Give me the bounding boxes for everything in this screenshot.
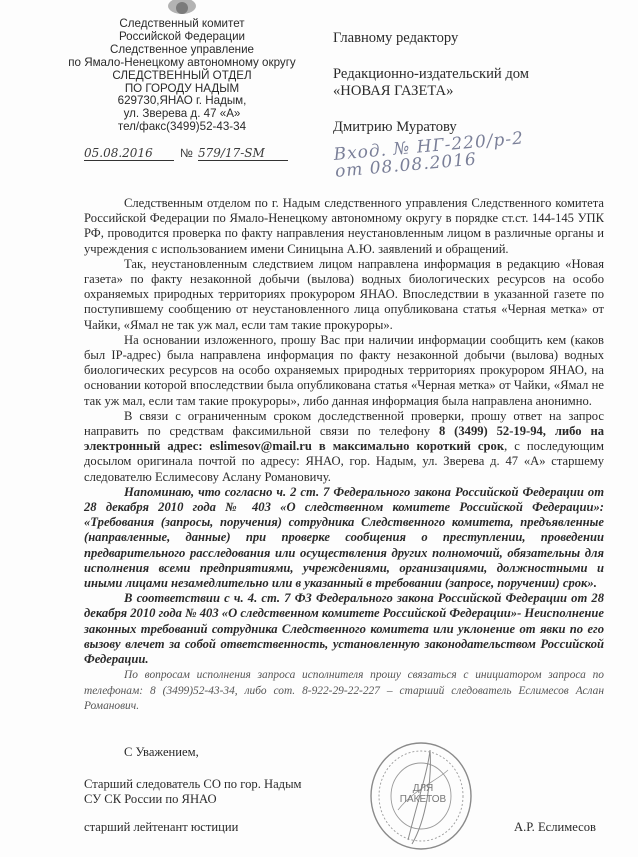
seal-line: ДЛЯ <box>395 783 451 794</box>
paragraph: Следственным отделом по г. Надым следств… <box>84 196 604 257</box>
sender-line: по Ямало-Ненецкому автономному округу <box>40 57 324 70</box>
sender-line: Следственный комитет <box>40 18 324 31</box>
paragraph: На основании изложенного, прошу Вас при … <box>84 333 604 409</box>
sender-line: СЛЕДСТВЕННЫЙ ОТДЕЛ <box>40 70 324 83</box>
paragraph: Так, неустановленным следствием лицом на… <box>84 257 604 333</box>
sender-letterhead: Следственный комитет Российской Федераци… <box>40 18 324 134</box>
paragraph-legal-liability: В соответствии с ч. 4. ст. 7 ФЗ Федераль… <box>84 591 604 667</box>
signatory-title-line: Старший следователь СО по гор. Надым <box>84 777 302 792</box>
sender-line: Российской Федерации <box>40 31 324 44</box>
coat-of-arms-emblem-icon <box>162 0 202 16</box>
sender-line: Следственное управление <box>40 44 324 57</box>
paragraph-contact-note: По вопросам исполнения запроса исполните… <box>84 668 604 714</box>
outgoing-registration-line: 05.08.2016 № 579/17-SM <box>80 146 290 162</box>
paragraph-legal-reminder: Напоминаю, что согласно ч. 2 ст. 7 Федер… <box>84 485 604 591</box>
outgoing-date: 05.08.2016 <box>84 146 174 161</box>
seal-line: ПАКЕТОВ <box>395 794 451 805</box>
outgoing-number: 579/17-SM <box>198 146 288 161</box>
closing-salutation: С Уважением, <box>124 745 199 760</box>
number-sign: № <box>180 146 193 160</box>
paragraph-response-request: В связи с ограниченным сроком доследстве… <box>84 409 604 485</box>
recipient-organization-name: «НОВАЯ ГАЗЕТА» <box>333 83 623 100</box>
signatory-rank: старший лейтенант юстиции <box>84 820 238 835</box>
letter-body: Следственным отделом по г. Надым следств… <box>84 196 604 714</box>
recipient-organization: Редакционно-издательский дом <box>333 66 623 83</box>
sender-line: тел/факс(3499)52-43-34 <box>40 121 324 134</box>
seal-inscription: ДЛЯ ПАКЕТОВ <box>395 783 451 805</box>
letter-page: Следственный комитет Российской Федераци… <box>0 0 638 857</box>
signatory-name: А.Р. Еслимесов <box>514 820 596 835</box>
recipient-title: Главному редактору <box>333 30 623 47</box>
signatory-title-line: СУ СК России по ЯНАО <box>84 792 302 807</box>
recipient-block: Главному редактору Редакционно-издательс… <box>333 30 623 136</box>
signatory-title: Старший следователь СО по гор. Надым СУ … <box>84 777 302 807</box>
